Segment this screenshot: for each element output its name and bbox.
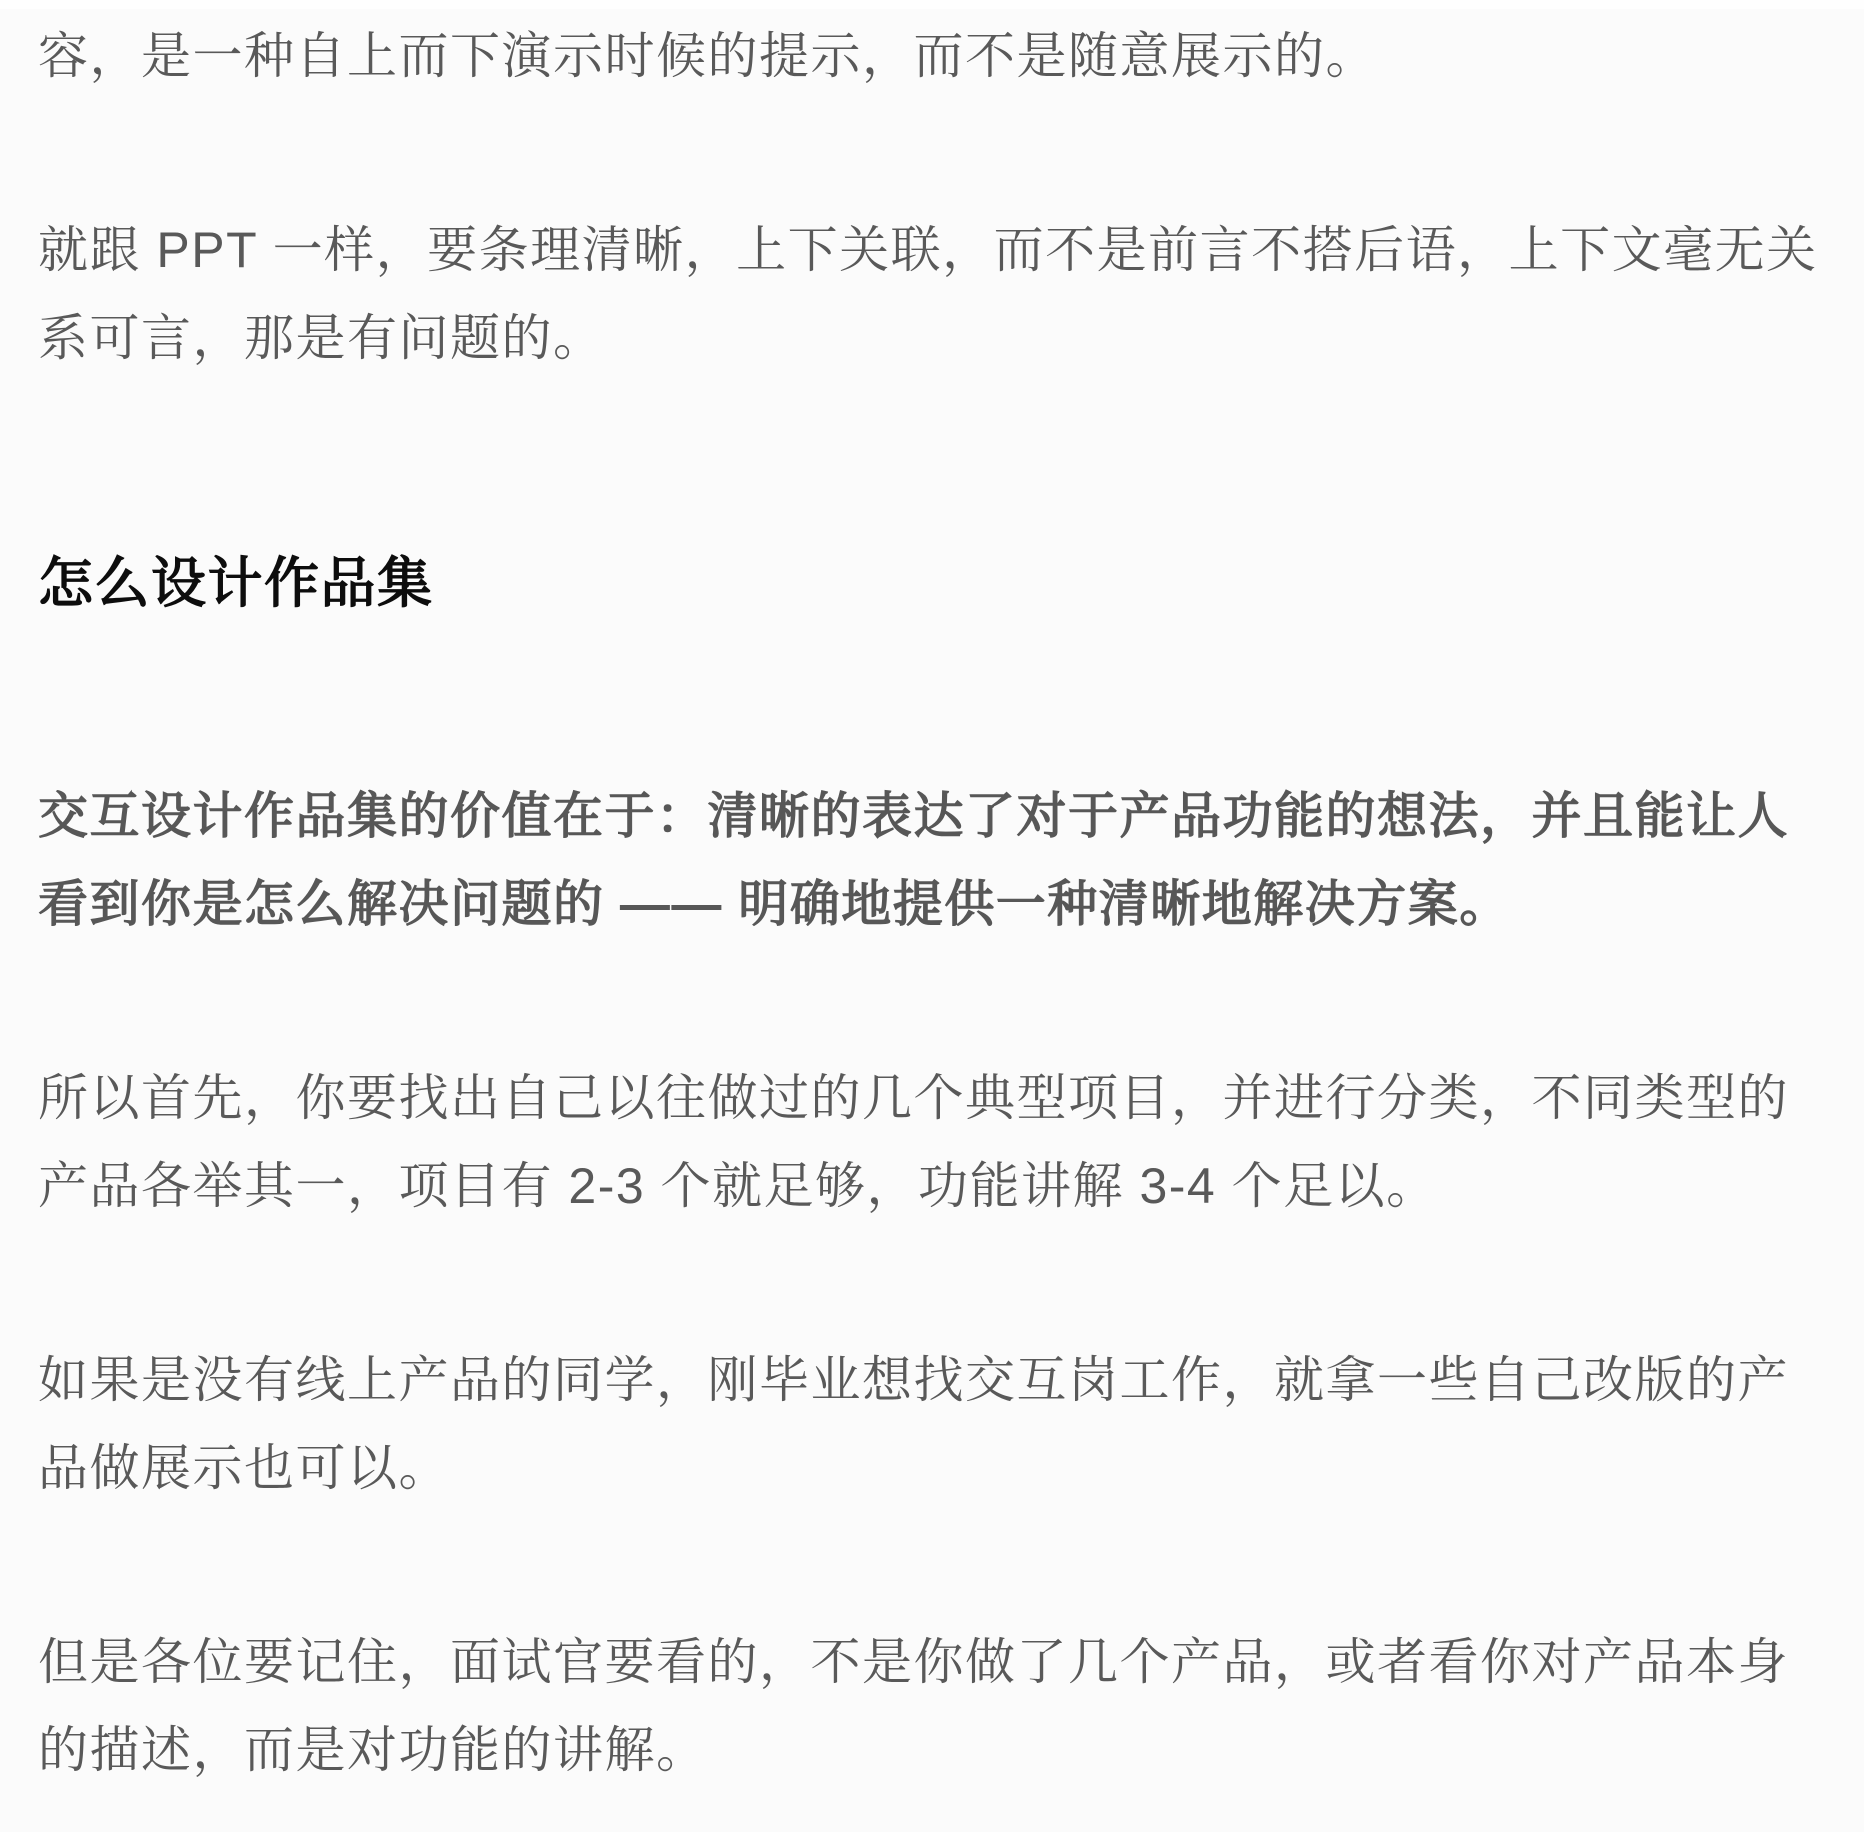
paragraph-intro-continuation: 容，是一种自上而下演示时候的提示，而不是随意展示的。 [38,12,1828,100]
article-body: 容，是一种自上而下演示时候的提示，而不是随意展示的。 就跟 PPT 一样，要条理… [0,9,1828,1794]
paragraph-project-selection: 所以首先，你要找出自己以往做过的几个典型项目，并进行分类，不同类型的产品各举其一… [38,1054,1828,1230]
paragraph-ppt-analogy: 就跟 PPT 一样，要条理清晰，上下关联，而不是前言不搭后语，上下文毫无关系可言… [38,206,1828,382]
top-edge-strip [0,0,1864,9]
paragraph-portfolio-value-emphasis: 交互设计作品集的价值在于：清晰的表达了对于产品功能的想法，并且能让人看到你是怎么… [38,772,1828,948]
paragraph-interviewer-focus: 但是各位要记住，面试官要看的，不是你做了几个产品，或者看你对产品本身的描述，而是… [38,1618,1828,1794]
section-heading-how-to-design-portfolio: 怎么设计作品集 [38,544,1828,622]
paragraph-no-live-product-advice: 如果是没有线上产品的同学，刚毕业想找交互岗工作，就拿一些自己改版的产品做展示也可… [38,1336,1828,1512]
